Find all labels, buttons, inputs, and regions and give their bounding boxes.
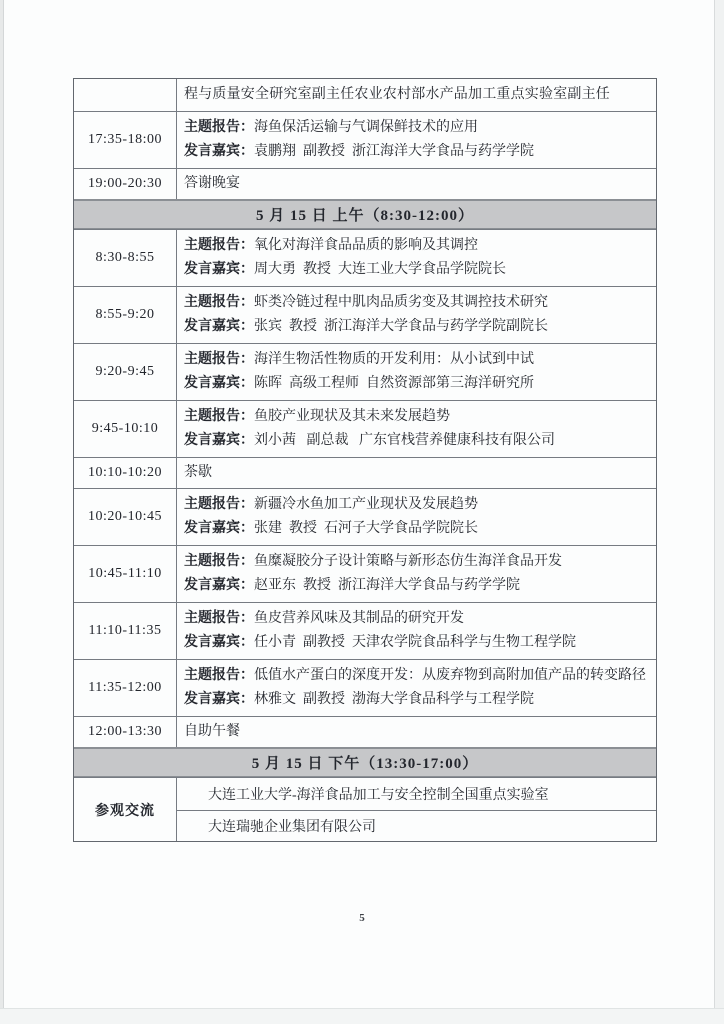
topic-text: 新疆冷水鱼加工产业现状及发展趋势 xyxy=(254,497,478,512)
table-row-session: 9:20-9:45 主题报告：海洋生物活性物质的开发利用：从小试到中试 发言嘉宾… xyxy=(74,343,656,400)
visit-label-cell: 参观交流 xyxy=(74,778,177,841)
table-row-session: 8:30-8:55 主题报告：氧化对海洋食品品质的影响及其调控 发言嘉宾：周大勇… xyxy=(74,229,656,286)
speaker-label: 发言嘉宾： xyxy=(184,144,254,159)
speaker-text: 陈晖 高级工程师 自然资源部第三海洋研究所 xyxy=(254,376,534,391)
time-cell: 11:10-11:35 xyxy=(74,603,177,659)
speaker-text: 张宾 教授 浙江海洋大学食品与药学学院副院长 xyxy=(254,319,548,334)
paper-edge-left xyxy=(0,0,4,1024)
topic-text: 鱼糜凝胶分子设计策略与新形态仿生海洋食品开发 xyxy=(254,554,562,569)
topic-label: 主题报告： xyxy=(184,668,254,683)
break-text: 答谢晚宴 xyxy=(184,175,650,193)
time-cell: 17:35-18:00 xyxy=(74,112,177,168)
time-cell: 9:20-9:45 xyxy=(74,344,177,400)
visit-item: 大连瑞驰企业集团有限公司 xyxy=(177,810,656,842)
time-cell: 8:30-8:55 xyxy=(74,230,177,286)
table-row-session: 8:55-9:20 主题报告：虾类冷链过程中肌肉品质劣变及其调控技术研究 发言嘉… xyxy=(74,286,656,343)
speaker-text: 赵亚东 教授 浙江海洋大学食品与药学学院 xyxy=(254,578,520,593)
topic-label: 主题报告： xyxy=(184,120,254,135)
table-row-continuation: 程与质量安全研究室副主任农业农村部水产品加工重点实验室副主任 xyxy=(74,79,656,111)
speaker-label: 发言嘉宾： xyxy=(184,319,254,334)
speaker-text: 刘小茜 副总裁 广东官栈营养健康科技有限公司 xyxy=(254,433,555,448)
table-row-break: 19:00-20:30 答谢晚宴 xyxy=(74,168,656,199)
speaker-label: 发言嘉宾： xyxy=(184,262,254,277)
time-cell: 19:00-20:30 xyxy=(74,169,177,199)
speaker-label: 发言嘉宾： xyxy=(184,692,254,707)
time-cell: 12:00-13:30 xyxy=(74,717,177,747)
table-row-break: 12:00-13:30 自助午餐 xyxy=(74,716,656,747)
conference-schedule-table: 程与质量安全研究室副主任农业农村部水产品加工重点实验室副主任 17:35-18:… xyxy=(73,78,657,842)
scanned-page: 程与质量安全研究室副主任农业农村部水产品加工重点实验室副主任 17:35-18:… xyxy=(0,0,724,1024)
topic-text: 低值水产蛋白的深度开发：从废弃物到高附加值产品的转变路径 xyxy=(254,668,646,683)
table-row-session: 10:45-11:10 主题报告：鱼糜凝胶分子设计策略与新形态仿生海洋食品开发 … xyxy=(74,545,656,602)
topic-text: 虾类冷链过程中肌肉品质劣变及其调控技术研究 xyxy=(254,295,548,310)
table-row-break: 10:10-10:20 茶歇 xyxy=(74,457,656,488)
speaker-text: 袁鹏翔 副教授 浙江海洋大学食品与药学学院 xyxy=(254,144,534,159)
topic-text: 鱼皮营养风味及其制品的研究开发 xyxy=(254,611,464,626)
table-row-session: 10:20-10:45 主题报告：新疆冷水鱼加工产业现状及发展趋势 发言嘉宾：张… xyxy=(74,488,656,545)
speaker-text: 林雅文 副教授 渤海大学食品科学与工程学院 xyxy=(254,692,534,707)
table-row-session: 17:35-18:00 主题报告：海鱼保活运输与气调保鲜技术的应用 发言嘉宾：袁… xyxy=(74,111,656,168)
topic-label: 主题报告： xyxy=(184,611,254,626)
time-cell xyxy=(74,79,177,111)
topic-label: 主题报告： xyxy=(184,409,254,424)
topic-label: 主题报告： xyxy=(184,554,254,569)
speaker-text: 张建 教授 石河子大学食品学院院长 xyxy=(254,521,478,536)
speaker-label: 发言嘉宾： xyxy=(184,635,254,650)
topic-label: 主题报告： xyxy=(184,238,254,253)
table-row-session: 11:35-12:00 主题报告：低值水产蛋白的深度开发：从废弃物到高附加值产品… xyxy=(74,659,656,716)
table-row-session: 9:45-10:10 主题报告：鱼胶产业现状及其未来发展趋势 发言嘉宾：刘小茜 … xyxy=(74,400,656,457)
paper-edge-right-fill xyxy=(715,0,724,1024)
time-cell: 11:35-12:00 xyxy=(74,660,177,716)
table-row-visit: 参观交流 大连工业大学-海洋食品加工与安全控制全国重点实验室大连瑞驰企业集团有限… xyxy=(74,777,656,841)
speaker-label: 发言嘉宾： xyxy=(184,376,254,391)
paper-edge-bottom-fill xyxy=(0,1009,724,1024)
break-text: 茶歇 xyxy=(184,464,650,482)
break-text: 自助午餐 xyxy=(184,723,650,741)
topic-label: 主题报告： xyxy=(184,352,254,367)
section-header-row: 5 月 15 日 下午（13:30-17:00） xyxy=(74,747,656,777)
time-cell: 8:55-9:20 xyxy=(74,287,177,343)
topic-text: 海洋生物活性物质的开发利用：从小试到中试 xyxy=(254,352,534,367)
section-header-row: 5 月 15 日 上午（8:30-12:00） xyxy=(74,199,656,229)
visit-item: 大连工业大学-海洋食品加工与安全控制全国重点实验室 xyxy=(177,778,656,810)
time-cell: 10:20-10:45 xyxy=(74,489,177,545)
speaker-text: 任小青 副教授 天津农学院食品科学与生物工程学院 xyxy=(254,635,576,650)
topic-label: 主题报告： xyxy=(184,497,254,512)
speaker-text: 周大勇 教授 大连工业大学食品学院院长 xyxy=(254,262,506,277)
topic-label: 主题报告： xyxy=(184,295,254,310)
time-cell: 9:45-10:10 xyxy=(74,401,177,457)
speaker-label: 发言嘉宾： xyxy=(184,521,254,536)
speaker-label: 发言嘉宾： xyxy=(184,433,254,448)
time-cell: 10:10-10:20 xyxy=(74,458,177,488)
continuation-text: 程与质量安全研究室副主任农业农村部水产品加工重点实验室副主任 xyxy=(184,86,650,104)
table-row-session: 11:10-11:35 主题报告：鱼皮营养风味及其制品的研究开发 发言嘉宾：任小… xyxy=(74,602,656,659)
topic-text: 海鱼保活运输与气调保鲜技术的应用 xyxy=(254,120,478,135)
speaker-label: 发言嘉宾： xyxy=(184,578,254,593)
time-cell: 10:45-11:10 xyxy=(74,546,177,602)
page-number: 5 xyxy=(0,912,724,924)
visit-items: 大连工业大学-海洋食品加工与安全控制全国重点实验室大连瑞驰企业集团有限公司 xyxy=(177,778,656,841)
topic-text: 氧化对海洋食品品质的影响及其调控 xyxy=(254,238,478,253)
topic-text: 鱼胶产业现状及其未来发展趋势 xyxy=(254,409,450,424)
